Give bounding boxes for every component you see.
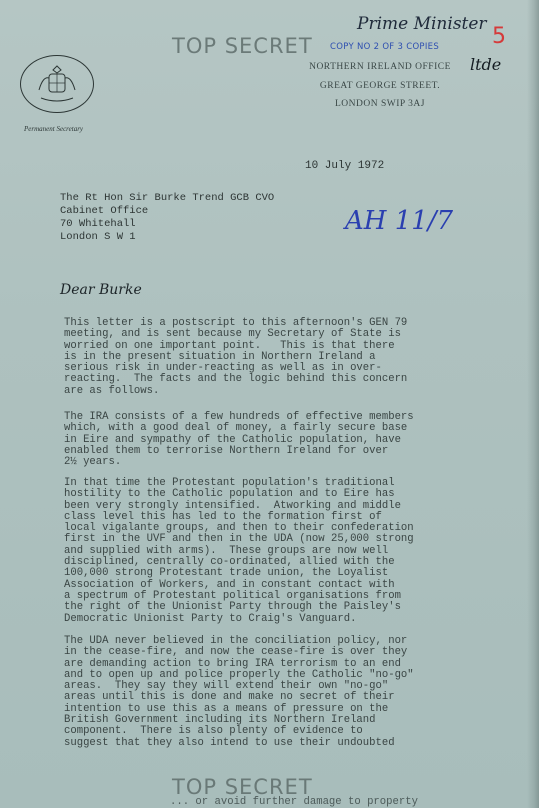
paragraph-line: suggest that they also intend to use the…	[64, 738, 534, 749]
classification-stamp-top: TOP SECRET	[172, 34, 313, 58]
cut-off-text-line: ... or avoid further damage to property	[170, 796, 418, 808]
paragraph: In that time the Protestant population's…	[64, 478, 534, 625]
handwritten-prime-minister: Prime Minister	[357, 14, 487, 34]
handwritten-received-mark: AH 11/7	[345, 206, 453, 236]
paragraph-line: the right of the Unionist Party through …	[64, 602, 534, 613]
recipient-address: The Rt Hon Sir Burke Trend GCB CVO Cabin…	[60, 192, 274, 244]
paragraph: This letter is a postscript to this afte…	[64, 318, 534, 397]
address-line: 70 Whitehall	[60, 218, 274, 231]
paragraph-line: enabled them to terrorise Northern Irela…	[64, 446, 534, 457]
address-line: Cabinet Office	[60, 205, 274, 218]
paragraph-line: meeting, and is sent because my Secretar…	[64, 329, 534, 340]
letter-page: TOP SECRET Permanent Secretary NORTHERN …	[0, 0, 539, 808]
paragraph-line: Democratic Unionist Party to Craig's Van…	[64, 614, 534, 625]
royal-crest-icon	[20, 55, 94, 113]
paragraph-line: in the cease-fire, and now the cease-fir…	[64, 647, 534, 658]
handwritten-number: 5	[492, 24, 506, 49]
paragraph-line: component. There is also plenty of evide…	[64, 726, 534, 737]
letterhead-line: NORTHERN IRELAND OFFICE	[295, 62, 465, 72]
address-line: London S W 1	[60, 231, 274, 244]
paragraph-line: hostility to the Catholic population and…	[64, 489, 534, 500]
sender-title: Permanent Secretary	[24, 125, 83, 133]
paragraph: The IRA consists of a few hundreds of ef…	[64, 412, 534, 468]
paragraph-line: which, with a good deal of money, a fair…	[64, 423, 534, 434]
paragraph-line: 100,000 strong Protestant trade union, t…	[64, 568, 534, 579]
handwritten-salutation: Dear Burke	[60, 282, 142, 298]
paragraph: The UDA never believed in the conciliati…	[64, 636, 534, 749]
address-line: The Rt Hon Sir Burke Trend GCB CVO	[60, 192, 274, 205]
letter-date: 10 July 1972	[305, 160, 384, 172]
handwritten-initials: ltde	[470, 55, 501, 74]
paragraph-line: are as follows.	[64, 386, 534, 397]
letterhead-line: GREAT GEORGE STREET.	[295, 81, 465, 91]
handwritten-copy-number: COPY NO 2 OF 3 COPIES	[330, 42, 439, 52]
paragraph-line: 2½ years.	[64, 457, 534, 468]
letterhead-line: LONDON SWIP 3AJ	[295, 99, 465, 109]
